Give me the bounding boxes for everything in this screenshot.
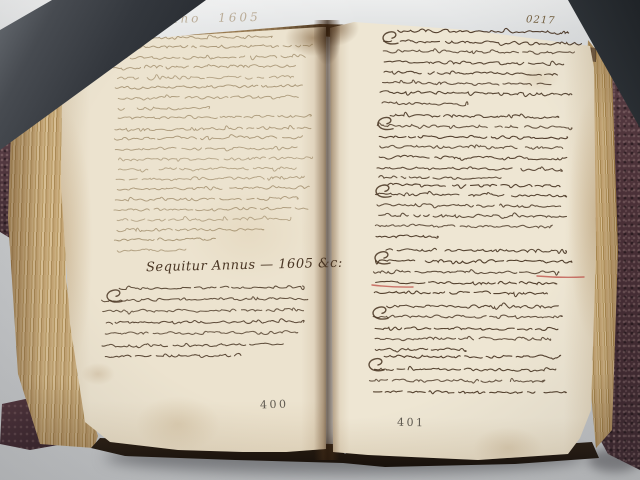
manuscript-page-right (328, 18, 596, 462)
manuscript-page-left (58, 24, 328, 452)
book-gutter-shadow (314, 20, 340, 460)
archival-photo-open-manuscript: Anno 1605 Sequitur Annus — 1605 &c: 0217… (0, 0, 640, 480)
